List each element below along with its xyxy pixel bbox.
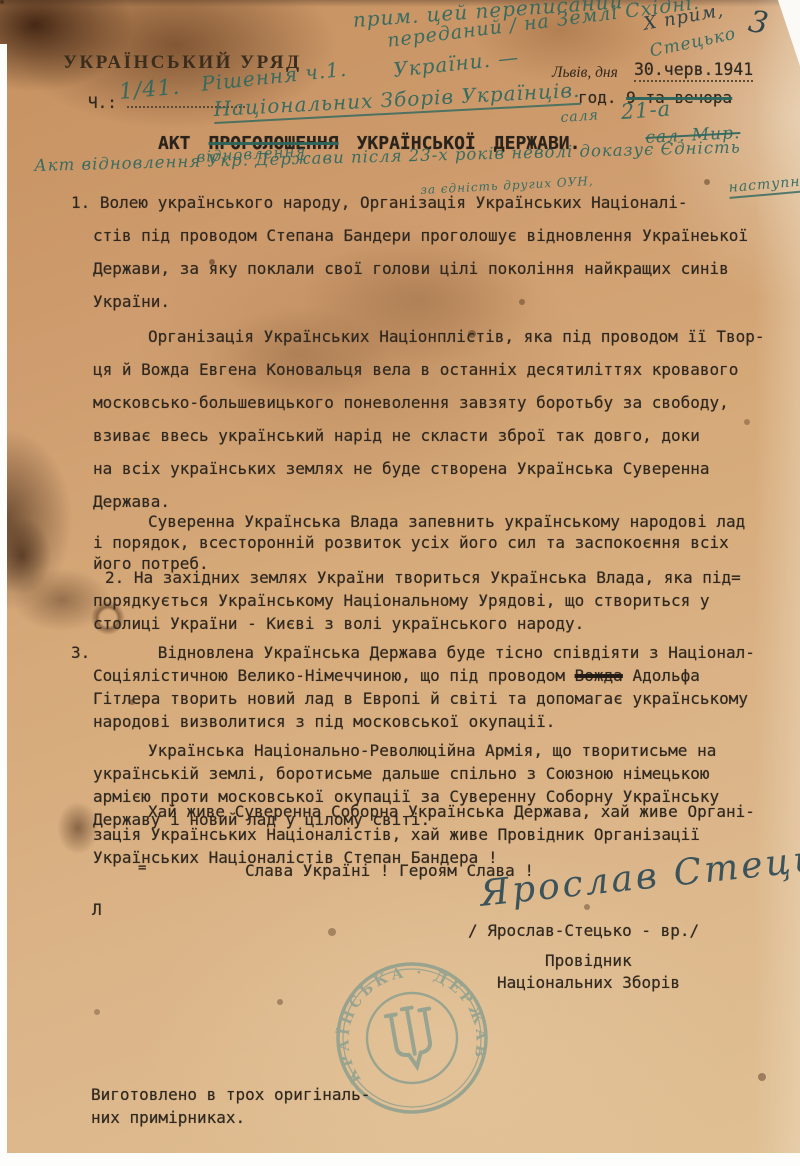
handwritten-annotation: 21-а [620, 96, 672, 123]
equals-mark: = [138, 860, 146, 876]
text-line: стів під проводом Степана Бандери прогол… [93, 219, 788, 252]
paper-speckles [0, 0, 4, 4]
text-line: народові визволитися з під московської о… [93, 710, 788, 733]
text-line: 1. Волею українського народу, Організаці… [71, 186, 788, 219]
text-line: зація Українських Націоналістів, хай жив… [93, 823, 788, 846]
paragraph: Організація Українських Націонплістів, я… [93, 320, 788, 518]
scan-edge-left [0, 44, 7, 1153]
text-line: Хай живе Суверенна Соборна Українська Де… [148, 800, 788, 823]
tryzub-icon [385, 1005, 439, 1071]
doc-number-label: Ч.: [88, 93, 117, 112]
time-prefix: год. [578, 88, 626, 107]
footer-line2: них примірниках. [91, 1108, 245, 1127]
paragraph: 2. На західних землях України твориться … [93, 566, 788, 635]
doc-number-value: 1/41. [118, 75, 181, 105]
text-line: московсько-большевицького поневолення за… [93, 386, 788, 419]
text-line: Гітлера творить новий лад в Европі й сві… [93, 687, 788, 710]
signature-typed: / Ярослав-Стецько - вр./ [468, 921, 699, 940]
page-letter-mark: Л [92, 900, 102, 919]
text-line: Українська Національно-Революційна Армія… [148, 739, 788, 762]
text-line: порядкується Українському Національному … [93, 589, 788, 612]
title-word-akt: АКТ [158, 133, 191, 154]
dateline-date: 30.черв.1941 [634, 60, 753, 82]
paragraph: 1. Волею українського народу, Організаці… [93, 186, 788, 318]
text-line: і порядок, всесторонній розвиток усіх йо… [93, 532, 788, 553]
document-page: УКРАЇНСЬКИЙ УРЯД Ч.: 1/41. Львів, дня 30… [0, 0, 800, 1166]
paragraph: Суверенна Українська Влада запевнить укр… [93, 511, 788, 574]
signer-role-line1: Провідник [545, 951, 632, 970]
text-line: ця й Вожда Евгена Коновальця вела в оста… [93, 353, 788, 386]
text-line: взиває ввесь український нарід не скласт… [93, 419, 788, 452]
text-line: Суверенна Українська Влада запевнить укр… [148, 511, 788, 532]
text-segment: Соціялістичною Велико-Німеччиною, що під… [93, 666, 575, 685]
paragraph: 3. Відновлена Українська Держава буде ті… [93, 641, 788, 733]
text-segment: Адольфа [623, 666, 700, 685]
text-line: Держави, за яку поклали свої голови цілі… [93, 252, 788, 285]
scan-edge-bottom [0, 1153, 800, 1166]
text-line: Організація Українських Націонплістів, я… [148, 320, 788, 353]
signer-role-line2: Національних Зборів [497, 973, 680, 992]
footer-line1: Виготовлено в трох оригіналь- [91, 1085, 370, 1104]
handwritten-annotation: саля [560, 107, 599, 126]
struck-word: Вожда [575, 666, 623, 685]
text-line: 3. Відновлена Українська Держава буде ті… [71, 641, 788, 664]
text-line: Соціялістичною Велико-Німеччиною, що під… [93, 664, 788, 687]
text-line: на всіх українських землях не буде створ… [93, 452, 788, 485]
text-line: України. [93, 285, 788, 318]
text-line: українській землі, боротисьме дальше спі… [93, 762, 788, 785]
text-line: 2. На західних землях України твориться … [105, 566, 788, 589]
text-line: столиці України - Києві з волі українськ… [93, 612, 788, 635]
